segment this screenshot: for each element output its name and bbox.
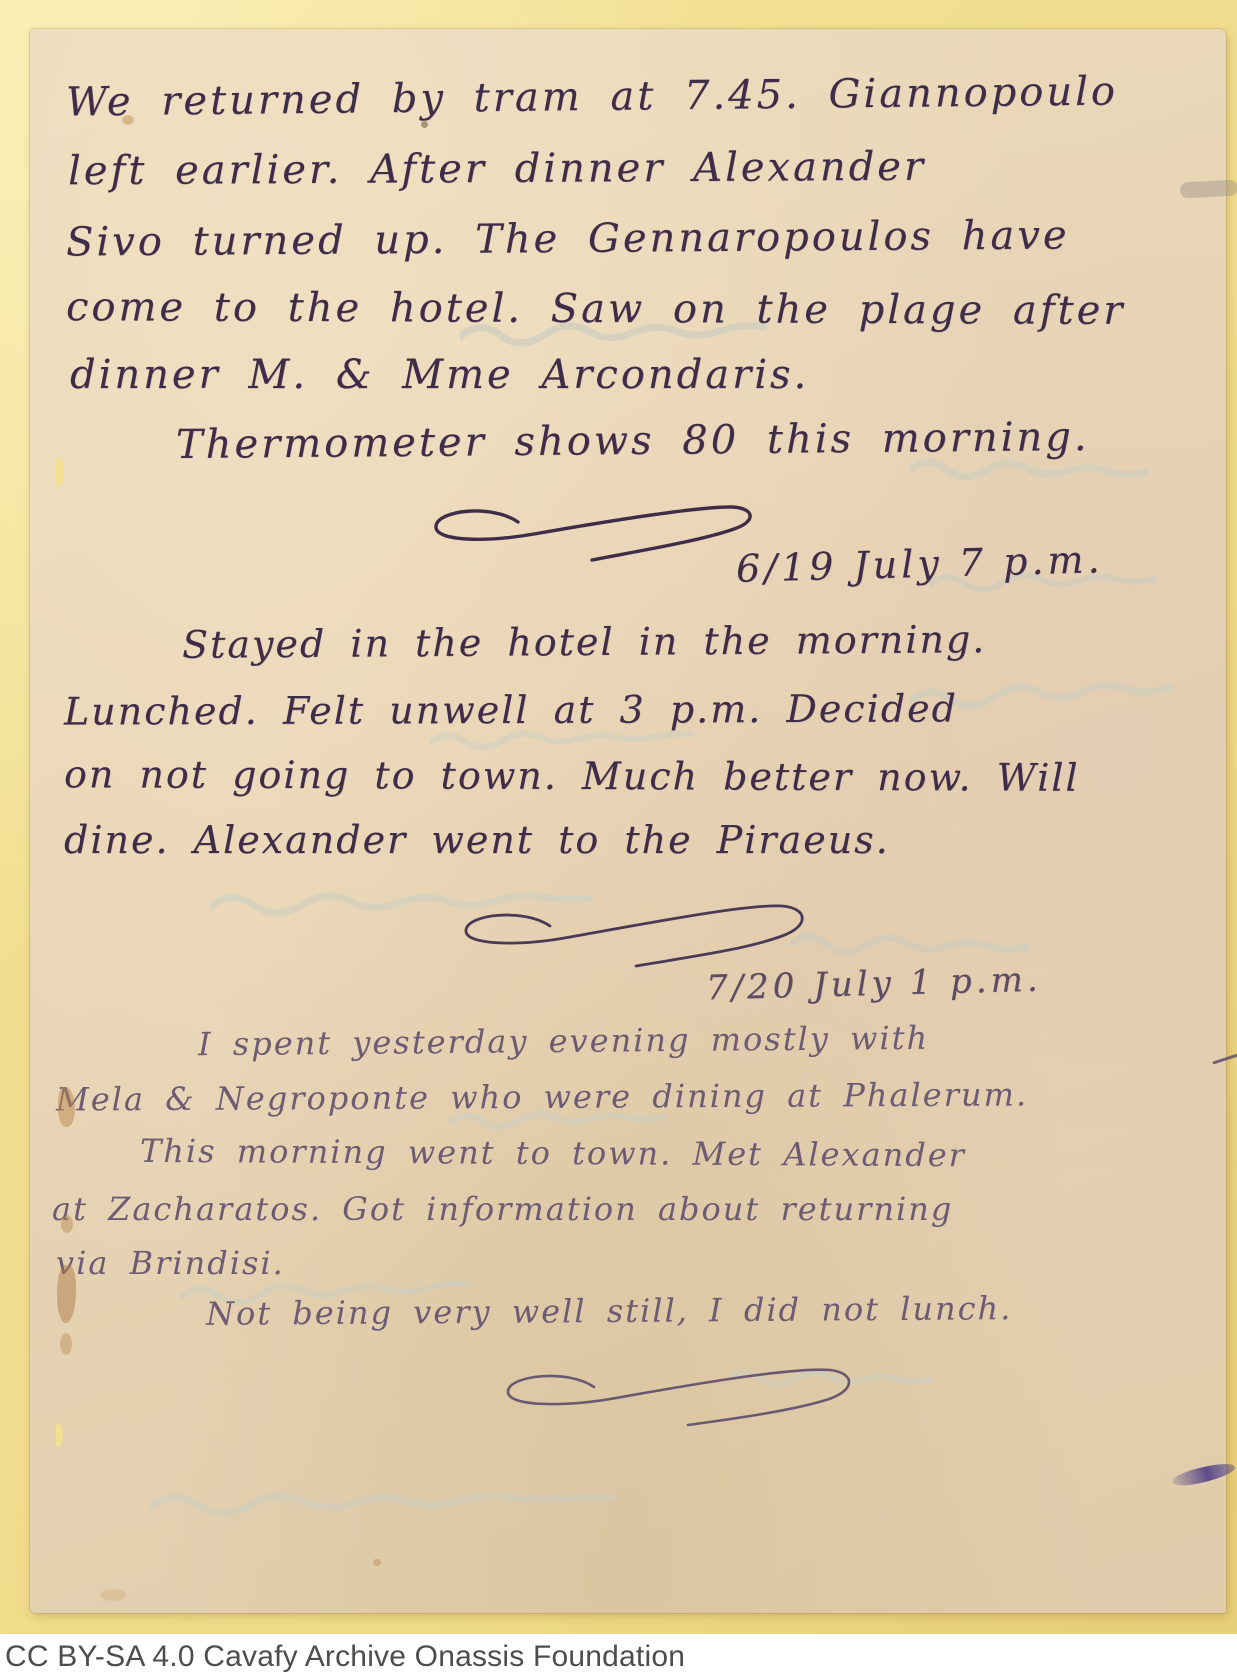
handwritten-line: Thermometer shows 80 this morning. — [176, 417, 1090, 465]
ink-bleedthrough — [150, 1489, 670, 1519]
section-divider-flourish — [470, 1337, 880, 1427]
handwritten-line: Not being very well still, I did not lun… — [206, 1292, 1013, 1330]
section-divider-flourish — [430, 874, 830, 969]
handwritten-line: dinner M. & Mme Arcondaris. — [70, 355, 809, 395]
entry-date: 6/19 July 7 p.m. — [736, 540, 1104, 588]
ink-speck — [421, 121, 428, 128]
eraser-smudge — [1180, 179, 1237, 198]
handwritten-line: at Zacharatos. Got information about ret… — [52, 1193, 953, 1225]
handwritten-line: We returned by tram at 7.45. Giannopoulo — [66, 71, 1118, 122]
handwritten-line: on not going to town. Much better now. W… — [64, 755, 1080, 797]
handwritten-line: Stayed in the hotel in the morning. — [182, 620, 987, 664]
foxing-stain — [61, 1215, 73, 1233]
foxing-stain — [58, 1087, 75, 1127]
foxing-stain — [373, 1559, 381, 1566]
license-attribution-text: CC BY-SA 4.0 Cavafy Archive Onassis Foun… — [0, 1640, 685, 1674]
handwritten-line: Lunched. Felt unwell at 3 p.m. Decided — [64, 689, 958, 730]
foxing-stain — [100, 1589, 126, 1601]
handwritten-line: I spent yesterday evening mostly with — [198, 1022, 929, 1060]
section-divider-flourish — [400, 474, 770, 564]
foxing-stain — [122, 115, 134, 125]
handwritten-line: Sivo turned up. The Gennaropoulos have — [66, 215, 1070, 262]
foxing-stain — [57, 1265, 76, 1323]
entry-date: 7/20 July 1 p.m. — [706, 963, 1042, 1006]
attribution-bar: CC BY-SA 4.0 Cavafy Archive Onassis Foun… — [0, 1634, 1237, 1680]
foxing-stain — [60, 1333, 72, 1355]
manuscript-page: We returned by tram at 7.45. Giannopoulo… — [30, 29, 1226, 1613]
ink-bleedthrough — [430, 729, 730, 755]
handwritten-line: dine. Alexander went to the Piraeus. — [64, 821, 890, 859]
handwritten-line: come to the hotel. Saw on the plage afte… — [66, 287, 1126, 331]
paper-edge-nick — [56, 1424, 63, 1446]
paper-edge-nick — [56, 459, 64, 485]
handwritten-line: Mela & Negroponte who were dining at Pha… — [56, 1078, 1028, 1115]
handwritten-line: via Brindisi. — [56, 1247, 285, 1279]
handwritten-line: left earlier. After dinner Alexander — [68, 147, 926, 191]
handwritten-line: This morning went to town. Met Alexander — [140, 1135, 966, 1171]
